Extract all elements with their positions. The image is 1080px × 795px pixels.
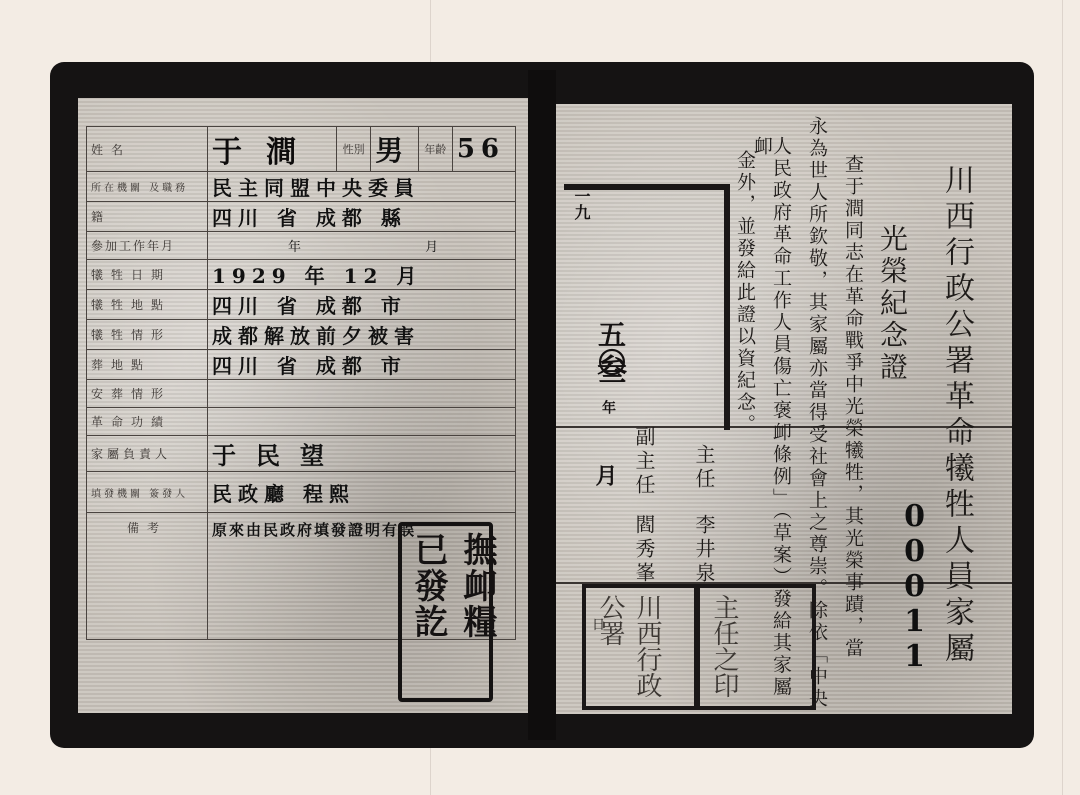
field-label-death-circumstances: 犧牲情形 <box>87 320 208 350</box>
body-text-column: 查于澗同志在革命戰爭中光榮犧牲，其光榮事蹟，當 <box>843 154 862 660</box>
table-row: 犧牲情形 成都解放前夕被害 <box>87 320 516 350</box>
field-label-origin: 籍 <box>87 202 208 232</box>
field-label-burial-place: 葬地點 <box>87 350 208 380</box>
date-month: 叁 <box>586 354 630 384</box>
seal-text: 川西行政公署 <box>586 588 672 706</box>
field-label-family-head: 家屬負責人 <box>87 436 208 472</box>
left-page-record-form: 姓名 于澗 性別 男 年齡 56 所在機關 及職務 民主同盟中央委員 籍 四川 … <box>78 98 528 713</box>
field-value-burial-place: 四川 省 成都 市 <box>208 350 516 380</box>
table-row: 革命功績 <box>87 408 516 436</box>
field-value-death-circumstances: 成都解放前夕被害 <box>208 320 516 350</box>
field-value-burial-circumstances <box>208 380 516 408</box>
field-value-join-date: 年 月 <box>208 232 516 260</box>
table-row: 填發機關 簽發人 民政廳 程熙 <box>87 472 516 513</box>
paper-fold-line <box>1062 0 1063 795</box>
relief-issued-stamp: 撫卹糧 已發訖 <box>398 522 493 702</box>
field-value-name: 于澗 <box>208 127 337 172</box>
field-value-family-head: 于民望 <box>208 436 516 472</box>
field-value-merits <box>208 408 516 436</box>
field-value-death-place: 四川 省 成都 市 <box>208 290 516 320</box>
official-seal: 主任之印 <box>696 584 816 710</box>
certificate-subtitle: 光榮紀念證 <box>872 224 912 384</box>
field-label-death-place: 犧牲地點 <box>87 290 208 320</box>
field-label-remarks: 備考 <box>87 513 208 640</box>
field-value-issuer: 民政廳 程熙 <box>208 472 516 513</box>
serial-number: 00011 <box>897 499 932 674</box>
right-page-honor-certificate: 川西行政公署革命犧牲人員家屬 光榮紀念證 00011 查于澗同志在革命戰爭中光榮… <box>556 104 1012 714</box>
field-label-age: 年齡 <box>418 127 452 172</box>
table-row: 籍 四川 省 成都 縣 <box>87 202 516 232</box>
field-value-death-date: 1929 年 12 月 <box>208 260 516 290</box>
signatory-title: 副主任 <box>630 426 659 498</box>
stamp-line: 撫卹糧 <box>453 532 502 692</box>
field-label-name: 姓名 <box>87 127 208 172</box>
date-month-label: 月 <box>590 464 621 486</box>
signatory-name: 閻秀峯 <box>630 514 659 586</box>
date-year-label: 年 <box>598 400 618 414</box>
stamp-line: 已發訖 <box>404 532 453 692</box>
table-row: 犧牲地點 四川 省 成都 市 <box>87 290 516 320</box>
table-row: 姓名 于澗 性別 男 年齡 56 <box>87 127 516 172</box>
certificate-title: 川西行政公署革命犧牲人員家屬 <box>934 164 978 668</box>
table-row: 參加工作年月 年 月 <box>87 232 516 260</box>
field-label-merits: 革命功績 <box>87 408 208 436</box>
field-label-join-date: 參加工作年月 <box>87 232 208 260</box>
date-year-prefix: 一九 <box>570 188 593 220</box>
table-row: 葬地點 四川 省 成都 市 <box>87 350 516 380</box>
official-seal: 川西行政公署 <box>582 584 698 710</box>
field-label-issuer: 填發機關 簽發人 <box>87 472 208 513</box>
table-row: 所在機關 及職務 民主同盟中央委員 <box>87 172 516 202</box>
field-label-burial-circumstances: 安葬情形 <box>87 380 208 408</box>
field-label-death-date: 犧牲日期 <box>87 260 208 290</box>
seal-text: 主任之印 <box>700 588 749 704</box>
signatory-title: 主任 <box>690 444 719 492</box>
table-row: 安葬情形 <box>87 380 516 408</box>
field-value-origin: 四川 省 成都 縣 <box>208 202 516 232</box>
table-row: 家屬負責人 于民望 <box>87 436 516 472</box>
booklet-spine <box>528 70 556 740</box>
field-label-gender: 性別 <box>337 127 371 172</box>
field-value-age: 56 <box>452 127 515 172</box>
field-label-organization: 所在機關 及職務 <box>87 172 208 202</box>
date-block: 一九 五〇 年 <box>564 184 730 430</box>
body-text-column: 金外，並發給此證以資紀念。 <box>735 150 754 436</box>
field-value-organization: 民主同盟中央委員 <box>208 172 516 202</box>
table-row: 犧牲日期 1929 年 12 月 <box>87 260 516 290</box>
field-value-gender: 男 <box>371 127 418 172</box>
signatory-name: 李井泉 <box>690 514 719 586</box>
